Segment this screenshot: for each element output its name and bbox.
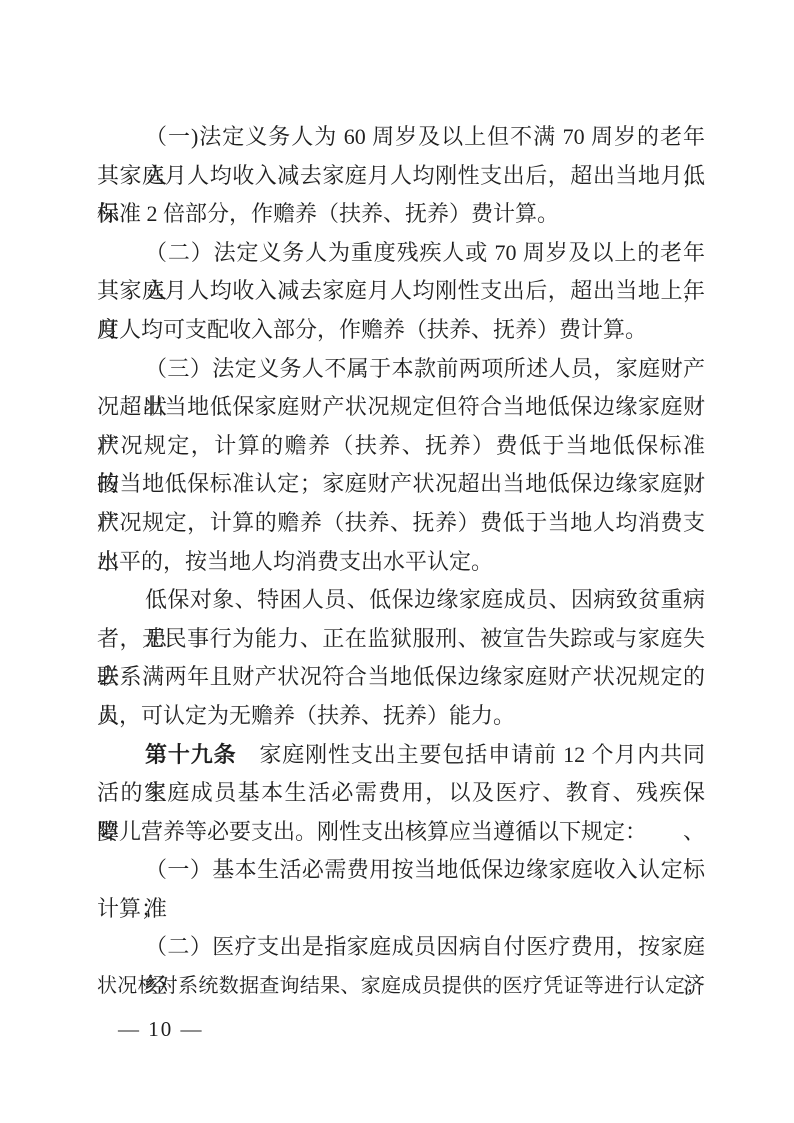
text-line-content: 婴儿营养等必要支出。刚性支出核算应当遵循以下规定：: [97, 819, 647, 844]
text-line-content: 状况核对系统数据查询结果、家庭成员提供的医疗凭证等进行认定；: [97, 975, 705, 997]
text-line-content: 月人均可支配收入部分，作赡养（扶养、抚养）费计算。: [97, 317, 647, 342]
text-line: 标准 2 倍部分，作赡养（扶养、抚养）费计算。: [97, 195, 705, 234]
document-body: （一)法定义务人为 60 周岁及以上但不满 70 周岁的老年人，其家庭月人均收入…: [97, 118, 705, 1006]
page-number-label: — 10 —: [118, 1017, 204, 1041]
text-line: 低保对象、特困人员、低保边缘家庭成员、因病致贫重病患: [97, 581, 705, 620]
text-line: 联系满两年且财产状况符合当地低保边缘家庭财产状况规定的人: [97, 658, 705, 697]
text-line: （二）法定义务人为重度残疾人或 70 周岁及以上的老年人，: [97, 234, 705, 273]
text-line-content: 员，可认定为无赡养（扶养、抚养）能力。: [97, 703, 515, 728]
text-line: 按当地低保标准认定；家庭财产状况超出当地低保边缘家庭财产: [97, 465, 705, 504]
text-line: 第十九条 家庭刚性支出主要包括申请前 12 个月内共同生: [97, 736, 705, 775]
text-line: 员，可认定为无赡养（扶养、抚养）能力。: [97, 697, 705, 736]
text-line: 婴儿营养等必要支出。刚性支出核算应当遵循以下规定：: [97, 813, 705, 852]
text-line: （二）医疗支出是指家庭成员因病自付医疗费用，按家庭经济: [97, 928, 705, 967]
text-line: （三）法定义务人不属于本款前两项所述人员，家庭财产状: [97, 350, 705, 389]
text-line: 活的家庭成员基本生活必需费用，以及医疗、教育、残疾保障、: [97, 774, 705, 813]
text-line: 状况规定，计算的赡养（扶养、抚养）费低于当地低保标准的，: [97, 427, 705, 466]
document-page: （一)法定义务人为 60 周岁及以上但不满 70 周岁的老年人，其家庭月人均收入…: [0, 0, 794, 1123]
text-line: 者，无民事行为能力、正在监狱服刑、被宣告失踪或与家庭失去: [97, 620, 705, 659]
text-line: 其家庭月人均收入减去家庭月人均刚性支出后，超出当地上年度: [97, 272, 705, 311]
text-line: 其家庭月人均收入减去家庭月人均刚性支出后，超出当地月低保: [97, 157, 705, 196]
text-line: （一）基本生活必需费用按当地低保边缘家庭收入认定标准: [97, 851, 705, 890]
text-line: 计算；: [97, 890, 705, 929]
page-number: — 10 —: [118, 1014, 204, 1044]
text-line-content: 水平的，按当地人均消费支出水平认定。: [97, 549, 493, 574]
text-line: （一)法定义务人为 60 周岁及以上但不满 70 周岁的老年人，: [97, 118, 705, 157]
text-line: 水平的，按当地人均消费支出水平认定。: [97, 543, 705, 582]
text-line-content: 计算；: [97, 896, 163, 921]
text-line: 状况规定，计算的赡养（扶养、抚养）费低于当地人均消费支出: [97, 504, 705, 543]
article-number-label: 第十九条: [145, 742, 237, 767]
text-line: 状况核对系统数据查询结果、家庭成员提供的医疗凭证等进行认定；: [97, 967, 705, 1006]
text-line-content: 标准 2 倍部分，作赡养（扶养、抚养）费计算。: [97, 201, 559, 226]
text-line: 况超出当地低保家庭财产状况规定但符合当地低保边缘家庭财产: [97, 388, 705, 427]
text-line: 月人均可支配收入部分，作赡养（扶养、抚养）费计算。: [97, 311, 705, 350]
